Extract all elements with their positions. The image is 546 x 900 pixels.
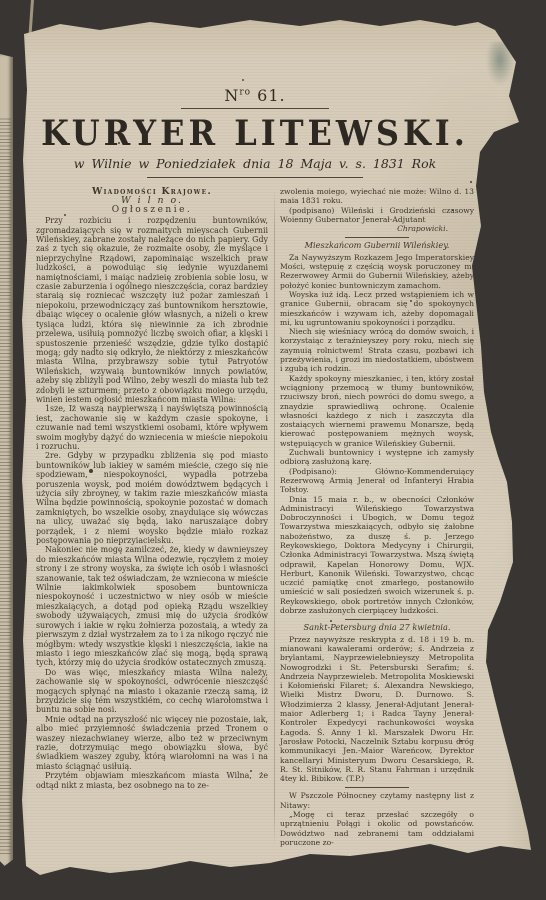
paragraph-continuation: zwolenia moiego, wyiechać nie może: Wiln… — [280, 187, 474, 206]
section-rule — [345, 619, 409, 620]
text-columns: Wiadomości Krajowe. W i l n o. Ogłoszeni… — [36, 187, 474, 847]
paragraph: 2re. Gdyby w przypadku zbliżenia się pod… — [36, 451, 268, 545]
issue-number-value: 61. — [251, 86, 286, 105]
issue-number-n: N — [224, 86, 239, 105]
paragraph: Do was więc, mieszkańcy miasta Wilna nal… — [36, 668, 268, 715]
scanned-newspaper-page: Nro 61. KURYER LITEWSKI. w Wilnie w Poni… — [0, 0, 546, 900]
section-rule — [345, 237, 409, 238]
news-column-left: Wiadomości Krajowe. W i l n o. Ogłoszeni… — [36, 187, 268, 847]
paragraph: Za Naywyższym Rozkazem Jego Imperatorski… — [280, 253, 474, 290]
paragraph: Niech się wieśniacy wrócą do domów swoic… — [280, 327, 474, 373]
paragraph: Nakoniec nie mogę zamilczeć, że, kiedy w… — [36, 545, 268, 667]
paragraph: Przytém objawiam mieszkańcom miasta Wiln… — [36, 771, 268, 790]
page-content: Nro 61. KURYER LITEWSKI. w Wilnie w Poni… — [36, 86, 474, 847]
paragraph-obituary: Dnia 15 maia r. b., w obecności Członków… — [280, 495, 474, 616]
masthead-title: KURYER LITEWSKI. — [36, 112, 474, 153]
paragraph: Mnie odtąd na przyszłość nic więcey nie … — [36, 715, 268, 771]
newspaper-page: Nro 61. KURYER LITEWSKI. w Wilnie w Poni… — [0, 0, 546, 900]
previous-page-edge — [0, 54, 13, 866]
paragraph: Każdy spokoyny mieszkaniec, i ten, który… — [280, 374, 474, 448]
ink-stain-top-right — [486, 42, 514, 86]
previous-page-text-lines — [0, 116, 11, 856]
paragraph-petersburg: Przez naywyższe reskrypta z d. 18 i 19 b… — [280, 635, 474, 784]
paragraph-pszczola-quote: „Mogę ci teraz przesłać szczegóły o uprz… — [280, 810, 474, 847]
news-column-right: zwolenia moiego, wyiechać nie może: Wiln… — [280, 187, 474, 847]
section-subheader-ogloszenie: Ogłoszenie. — [36, 206, 268, 215]
signature-tolstoy: (Podpisano): Główno-Kommenderuiący Rezer… — [280, 467, 474, 495]
masthead-dateline: w Wilnie w Poniedziałek dnia 18 Maja v. … — [36, 156, 474, 171]
section-rule — [345, 787, 409, 788]
paragraph: Zuchwali buntownicy i występne ich zamys… — [280, 448, 474, 467]
masthead-rule — [147, 177, 363, 178]
column-divider-rule — [274, 189, 275, 847]
paragraph: Woyska iuż idą. Lecz przed wstąpieniem i… — [280, 290, 474, 327]
issue-number-superscript: ro — [239, 88, 251, 98]
paragraph: 1sze, Iż waszą naypierwszą i nayświętszą… — [36, 404, 268, 451]
issue-rule — [181, 108, 329, 109]
paper-specks — [0, 0, 2, 2]
paragraph: Przy rozbiciu i rozpędzeniu buntowników,… — [36, 216, 268, 404]
paragraph-pszczola-intro: W Pszczole Północney czytamy następny li… — [280, 791, 474, 810]
signature-block: (podpisano) Wileński i Grodzieński czaso… — [280, 206, 474, 225]
section-heading-petersburg: Sankt-Petersburg dnia 27 kwietnia. — [280, 623, 474, 632]
issue-number: Nro 61. — [36, 86, 474, 105]
signature-chrapowicki: Chrapowicki. — [280, 224, 474, 233]
section-heading-mieszkancom: Mieszkańcom Gubernii Wileńskiey. — [280, 241, 474, 250]
